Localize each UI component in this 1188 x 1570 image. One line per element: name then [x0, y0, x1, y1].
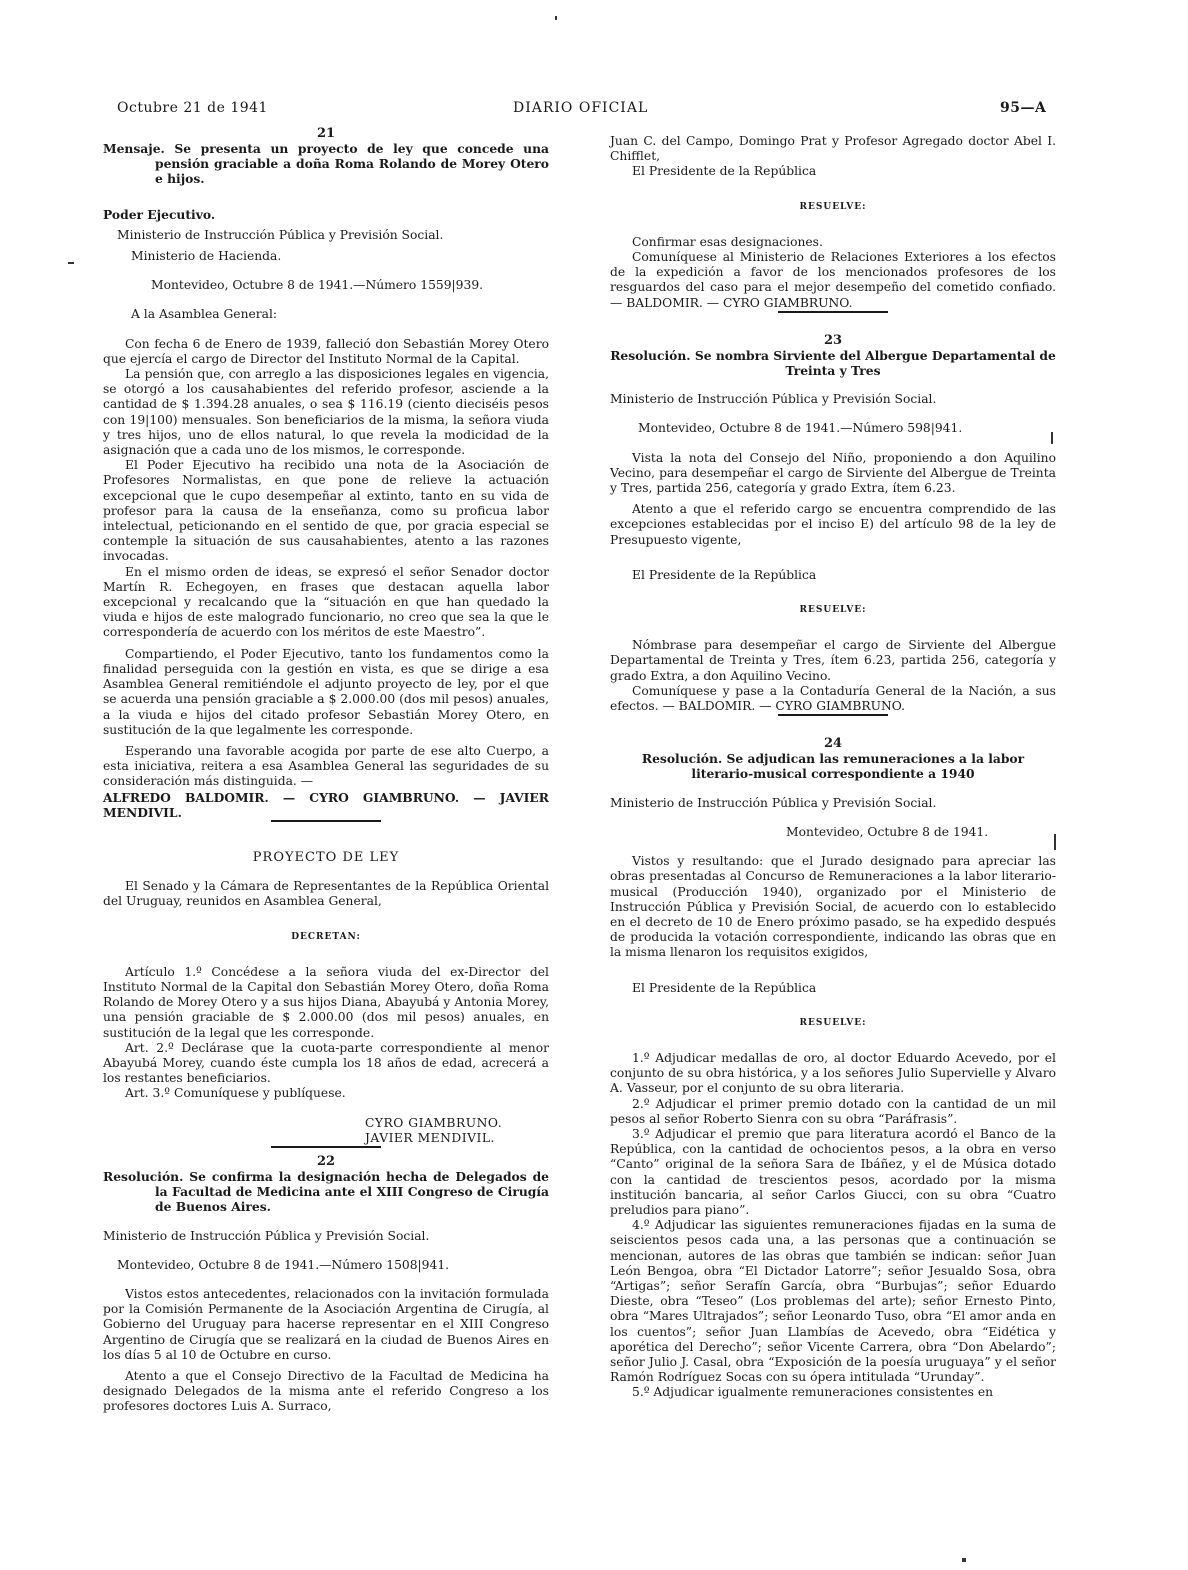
president: El Presidente de la República [610, 568, 1056, 583]
section-23: 23 Resolución. Se nombra Sirviente del A… [610, 333, 1056, 714]
resolution: 3.º Adjudicar el premio que para literat… [610, 1127, 1056, 1218]
decree-label: DECRETAN: [103, 930, 549, 945]
section-title: Resolución. Se adjudican las remuneracio… [610, 751, 1056, 781]
resolution: 4.º Adjudicar las siguientes remuneracio… [610, 1218, 1056, 1385]
signature: CYRO GIAMBRUNO. [103, 1116, 549, 1131]
article: Art. 2.º Declárase que la cuota-parte co… [103, 1041, 549, 1087]
section-number: 22 [103, 1154, 549, 1169]
scan-speck [68, 262, 74, 264]
section-24: 24 Resolución. Se adjudican las remunera… [610, 736, 1056, 1400]
section-number: 23 [610, 333, 1056, 348]
header-date: Octubre 21 de 1941 [117, 100, 268, 116]
paragraph: Confirmar esas designaciones. [610, 235, 1056, 250]
preamble: El Senado y la Cámara de Representantes … [103, 879, 549, 909]
scan-speck [962, 1558, 966, 1562]
section-divider [778, 311, 888, 313]
resolution: 2.º Adjudicar el primer premio dotado co… [610, 1097, 1056, 1127]
paragraph: Atento a que el Consejo Directivo de la … [103, 1369, 549, 1415]
paragraph: Compartiendo, el Poder Ejecutivo, tanto … [103, 647, 549, 738]
issuer: Poder Ejecutivo. [103, 207, 549, 222]
section-title: Resolución. Se nombra Sirviente del Albe… [610, 348, 1056, 378]
article: Artículo 1.º Concédese a la señora viuda… [103, 965, 549, 1041]
dateline: Montevideo, Octubre 8 de 1941.—Número 59… [610, 421, 1056, 436]
right-column: Juan C. del Campo, Domingo Prat y Profes… [610, 134, 1056, 1401]
resolution: Nómbrase para desempeñar el cargo de Sir… [610, 638, 1056, 684]
resolves-label: RESUELVE: [610, 603, 1056, 618]
section-number: 21 [103, 126, 549, 141]
scan-speck [555, 16, 557, 20]
section-22: 22 Resolución. Se confirma la designació… [103, 1154, 549, 1415]
header-page-number: 95—A [1000, 100, 1046, 116]
resolution: 1.º Adjudicar medallas de oro, al doctor… [610, 1051, 1056, 1097]
paragraph: Vistos y resultando: que el Jurado desig… [610, 854, 1056, 960]
section-divider [271, 1146, 381, 1148]
resolution: Comuníquese y pase a la Contaduría Gener… [610, 684, 1056, 714]
section-title: Mensaje. Se presenta un proyecto de ley … [103, 141, 549, 187]
resolves-label: RESUELVE: [610, 1016, 1056, 1031]
paragraph: Juan C. del Campo, Domingo Prat y Profes… [610, 134, 1056, 164]
ministry: Ministerio de Instrucción Pública y Prev… [610, 392, 1056, 407]
ministry: Ministerio de Hacienda. [103, 249, 549, 264]
newspaper-page: Octubre 21 de 1941 DIARIO OFICIAL 95—A 2… [0, 0, 1188, 1570]
paragraph: Vista la nota del Consejo del Niño, prop… [610, 451, 1056, 497]
signature: JAVIER MENDIVIL. [103, 1131, 549, 1146]
resolves-label: RESUELVE: [610, 200, 1056, 215]
salutation: A la Asamblea General: [103, 307, 549, 322]
ministry: Ministerio de Instrucción Pública y Prev… [103, 228, 549, 243]
article: Art. 3.º Comuníquese y publíquese. [103, 1086, 549, 1101]
section-title: Resolución. Se confirma la designación h… [103, 1169, 549, 1215]
paragraph: Con fecha 6 de Enero de 1939, falleció d… [103, 337, 549, 367]
paragraph: Comuníquese al Ministerio de Relaciones … [610, 250, 1056, 311]
left-column: 21 Mensaje. Se presenta un proyecto de l… [103, 126, 549, 1415]
bill-section: PROYECTO DE LEY El Senado y la Cámara de… [103, 850, 549, 1146]
section-divider [271, 820, 381, 822]
president: El Presidente de la República [610, 981, 1056, 996]
paragraph: En el mismo orden de ideas, se expresó e… [103, 565, 549, 641]
scan-speck [1054, 834, 1056, 850]
header-title: DIARIO OFICIAL [513, 100, 648, 116]
paragraph: La pensión que, con arreglo a las dispos… [103, 367, 549, 458]
signatures: ALFREDO BALDOMIR. — CYRO GIAMBRUNO. — JA… [103, 790, 549, 820]
paragraph: Vistos estos antecedentes, relacionados … [103, 1287, 549, 1363]
resolution: 5.º Adjudicar igualmente remuneraciones … [610, 1385, 1056, 1400]
section-21: 21 Mensaje. Se presenta un proyecto de l… [103, 126, 549, 820]
bill-heading: PROYECTO DE LEY [103, 850, 549, 865]
paragraph: Atento a que el referido cargo se encuen… [610, 502, 1056, 548]
paragraph: Esperando una favorable acogida por part… [103, 744, 549, 790]
president: El Presidente de la República [610, 164, 1056, 179]
section-22-continued: Juan C. del Campo, Domingo Prat y Profes… [610, 134, 1056, 311]
dateline: Montevideo, Octubre 8 de 1941.—Número 15… [103, 278, 549, 293]
section-divider [778, 714, 888, 716]
dateline: Montevideo, Octubre 8 de 1941.—Número 15… [103, 1258, 549, 1273]
ministry: Ministerio de Instrucción Pública y Prev… [610, 796, 1056, 811]
dateline: Montevideo, Octubre 8 de 1941. [610, 825, 1056, 840]
scan-speck [1051, 432, 1053, 444]
paragraph: El Poder Ejecutivo ha recibido una nota … [103, 458, 549, 564]
ministry: Ministerio de Instrucción Pública y Prev… [103, 1229, 549, 1244]
section-number: 24 [610, 736, 1056, 751]
